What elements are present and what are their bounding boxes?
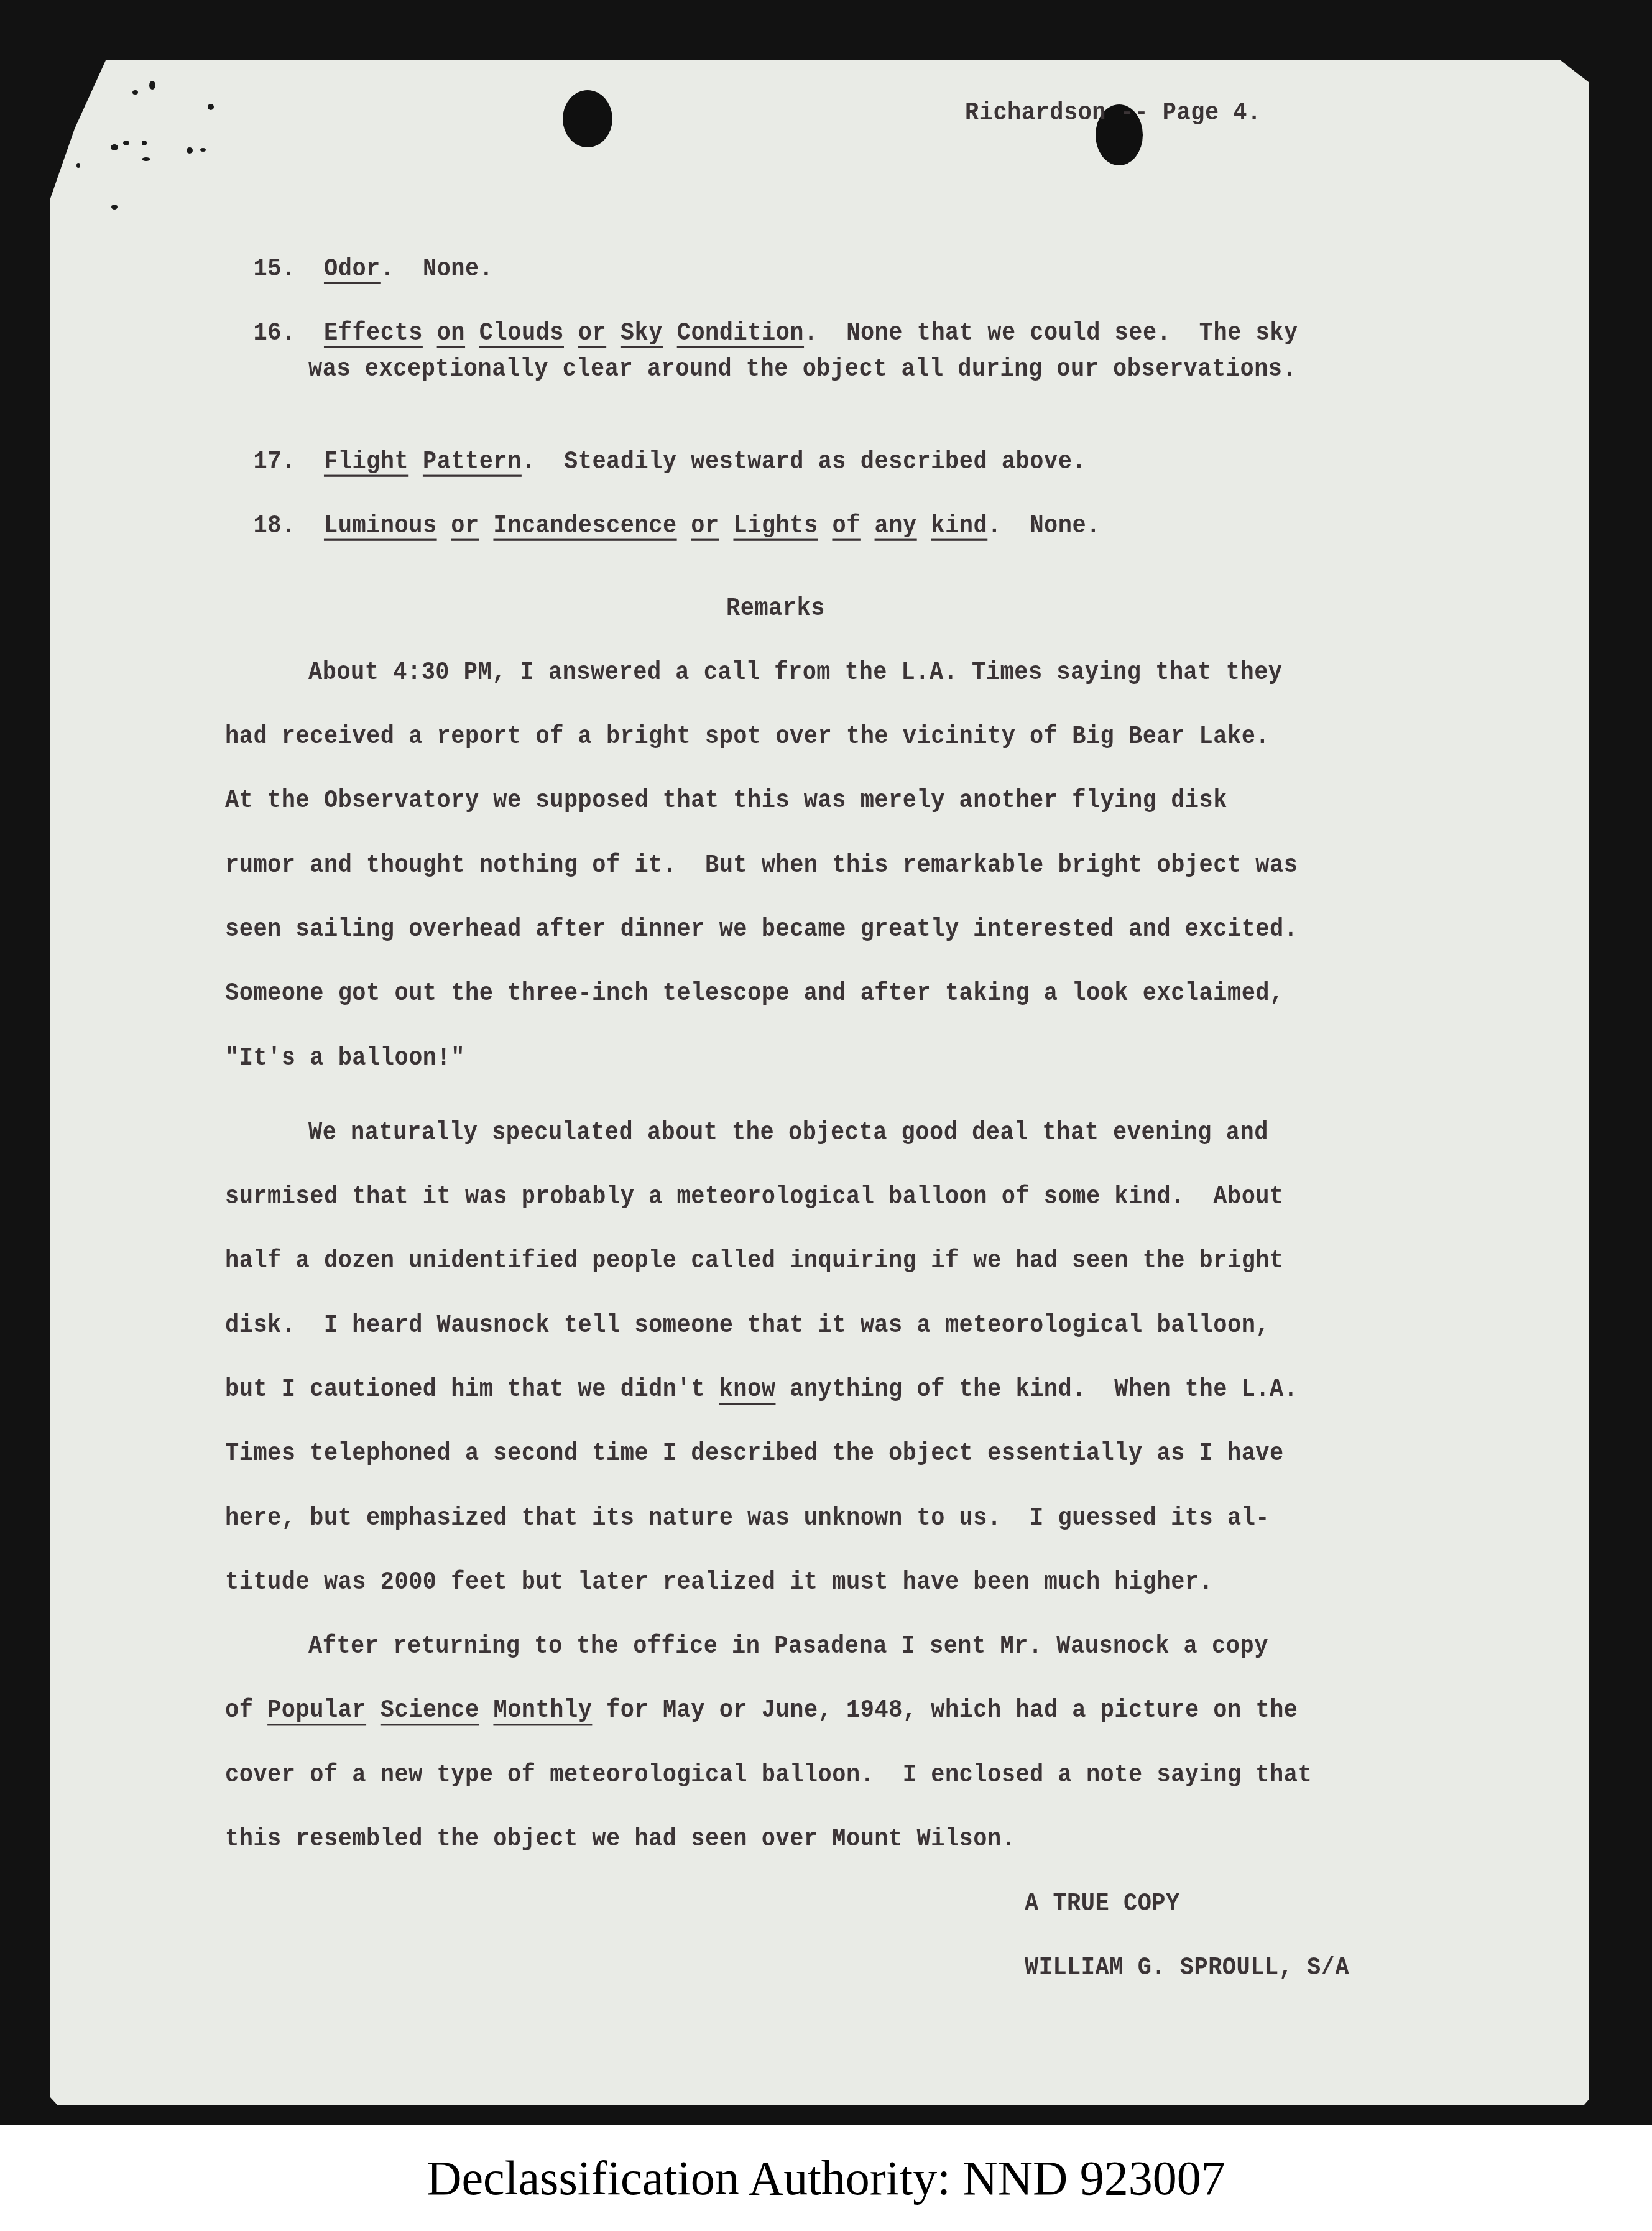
item-text: None. xyxy=(1030,512,1101,540)
staple-perforation xyxy=(111,205,118,210)
publication-title-word: Science xyxy=(381,1697,479,1725)
item-number: 15. xyxy=(253,255,295,283)
item-text: Steadily westward as described above. xyxy=(564,448,1086,476)
item-heading-word: or xyxy=(451,512,479,540)
item-heading-word: Incandescence xyxy=(493,512,676,540)
remarks-line: Someone got out the three-inch telescope… xyxy=(225,980,1284,1008)
publication-title-word: Popular xyxy=(267,1697,366,1725)
item-17: 17. Flight Pattern. Steadily westward as… xyxy=(225,420,1086,476)
remarks-line: seen sailing overhead after dinner we be… xyxy=(225,916,1298,944)
line-segment: for May or June, 1948, which had a pictu… xyxy=(592,1697,1298,1725)
item-15: 15. Odor. None. xyxy=(225,227,493,284)
item-heading-word: Pattern xyxy=(423,448,522,476)
staple-perforation xyxy=(111,144,118,150)
remarks-line: but I cautioned him that we didn't know … xyxy=(225,1376,1298,1404)
remarks-line: titude was 2000 feet but later realized … xyxy=(225,1569,1213,1597)
remarks-line: half a dozen unidentified people called … xyxy=(225,1247,1284,1275)
item-18: 18. Luminous or Incandescence or Lights … xyxy=(225,484,1101,540)
staple-perforation xyxy=(208,104,214,110)
item-heading-word: or xyxy=(578,319,606,347)
item-heading-word: of xyxy=(832,512,860,540)
item-heading-word: or xyxy=(691,512,719,540)
staple-perforation xyxy=(132,90,138,95)
heading-punct: . xyxy=(987,512,1002,540)
staple-perforation xyxy=(200,148,206,152)
item-number: 16. xyxy=(253,319,295,347)
item-heading-word: any xyxy=(875,512,917,540)
remarks-line: We naturally speculated about the object… xyxy=(308,1119,1268,1147)
punch-hole xyxy=(563,90,612,147)
remarks-line: rumor and thought nothing of it. But whe… xyxy=(225,852,1298,880)
item-heading-word: Luminous xyxy=(324,512,437,540)
remarks-line: About 4:30 PM, I answered a call from th… xyxy=(308,659,1283,687)
staple-perforation xyxy=(123,141,129,145)
staple-perforation xyxy=(142,141,147,145)
declassification-caption: Declassification Authority: NND 923007 xyxy=(0,2125,1652,2231)
item-heading-word: Effects xyxy=(324,319,423,347)
remarks-line: At the Observatory we supposed that this… xyxy=(225,787,1227,815)
remarks-line: disk. I heard Wausnock tell someone that… xyxy=(225,1312,1270,1340)
item-text: None that we could see. The sky xyxy=(846,319,1298,347)
staple-perforation xyxy=(187,147,193,154)
heading-punct: . xyxy=(522,448,536,476)
remarks-line: had received a report of a bright spot o… xyxy=(225,723,1270,751)
true-copy-certification: A TRUE COPY xyxy=(1025,1890,1180,1918)
line-segment: but I cautioned him that we didn't xyxy=(225,1376,719,1404)
line-segment: anything of the kind. When the L.A. xyxy=(775,1376,1298,1404)
publication-title-word: Monthly xyxy=(493,1697,592,1725)
item-heading-word: kind xyxy=(931,512,987,540)
line-segment: of xyxy=(225,1697,267,1725)
item-16-continuation: was exceptionally clear around the objec… xyxy=(308,356,1296,384)
staple-perforation xyxy=(76,163,80,168)
item-heading-word: Sky xyxy=(621,319,663,347)
item-heading-word: Condition xyxy=(677,319,804,347)
item-heading: Odor xyxy=(324,255,381,283)
item-number: 17. xyxy=(253,448,295,476)
item-heading-word: Flight xyxy=(324,448,408,476)
staple-perforation xyxy=(149,81,155,90)
item-heading-word: Lights xyxy=(733,512,818,540)
staple-perforation xyxy=(142,157,150,161)
heading-punct: . xyxy=(804,319,818,347)
remarks-title: Remarks xyxy=(726,595,825,623)
item-16: 16. Effects on Clouds or Sky Condition. … xyxy=(225,291,1298,348)
signatory-name: WILLIAM G. SPROULL, S/A xyxy=(1025,1954,1349,1982)
remarks-line: "It's a balloon!" xyxy=(225,1045,465,1073)
heading-punct: . xyxy=(381,255,395,283)
item-number: 18. xyxy=(253,512,295,540)
remarks-line: here, but emphasized that its nature was… xyxy=(225,1505,1270,1533)
remarks-line: After returning to the office in Pasaden… xyxy=(308,1633,1268,1661)
remarks-line: Times telephoned a second time I describ… xyxy=(225,1440,1284,1468)
item-heading-word: on xyxy=(437,319,465,347)
remarks-line: cover of a new type of meteorological ba… xyxy=(225,1762,1312,1790)
remarks-line: this resembled the object we had seen ov… xyxy=(225,1826,1015,1854)
emphasized-word: know xyxy=(719,1376,776,1404)
running-head: Richardson -- Page 4. xyxy=(965,99,1262,127)
remarks-line: surmised that it was probably a meteorol… xyxy=(225,1183,1284,1211)
item-text: None. xyxy=(423,255,494,283)
remarks-line: of Popular Science Monthly for May or Ju… xyxy=(225,1697,1298,1725)
item-heading-word: Clouds xyxy=(479,319,564,347)
